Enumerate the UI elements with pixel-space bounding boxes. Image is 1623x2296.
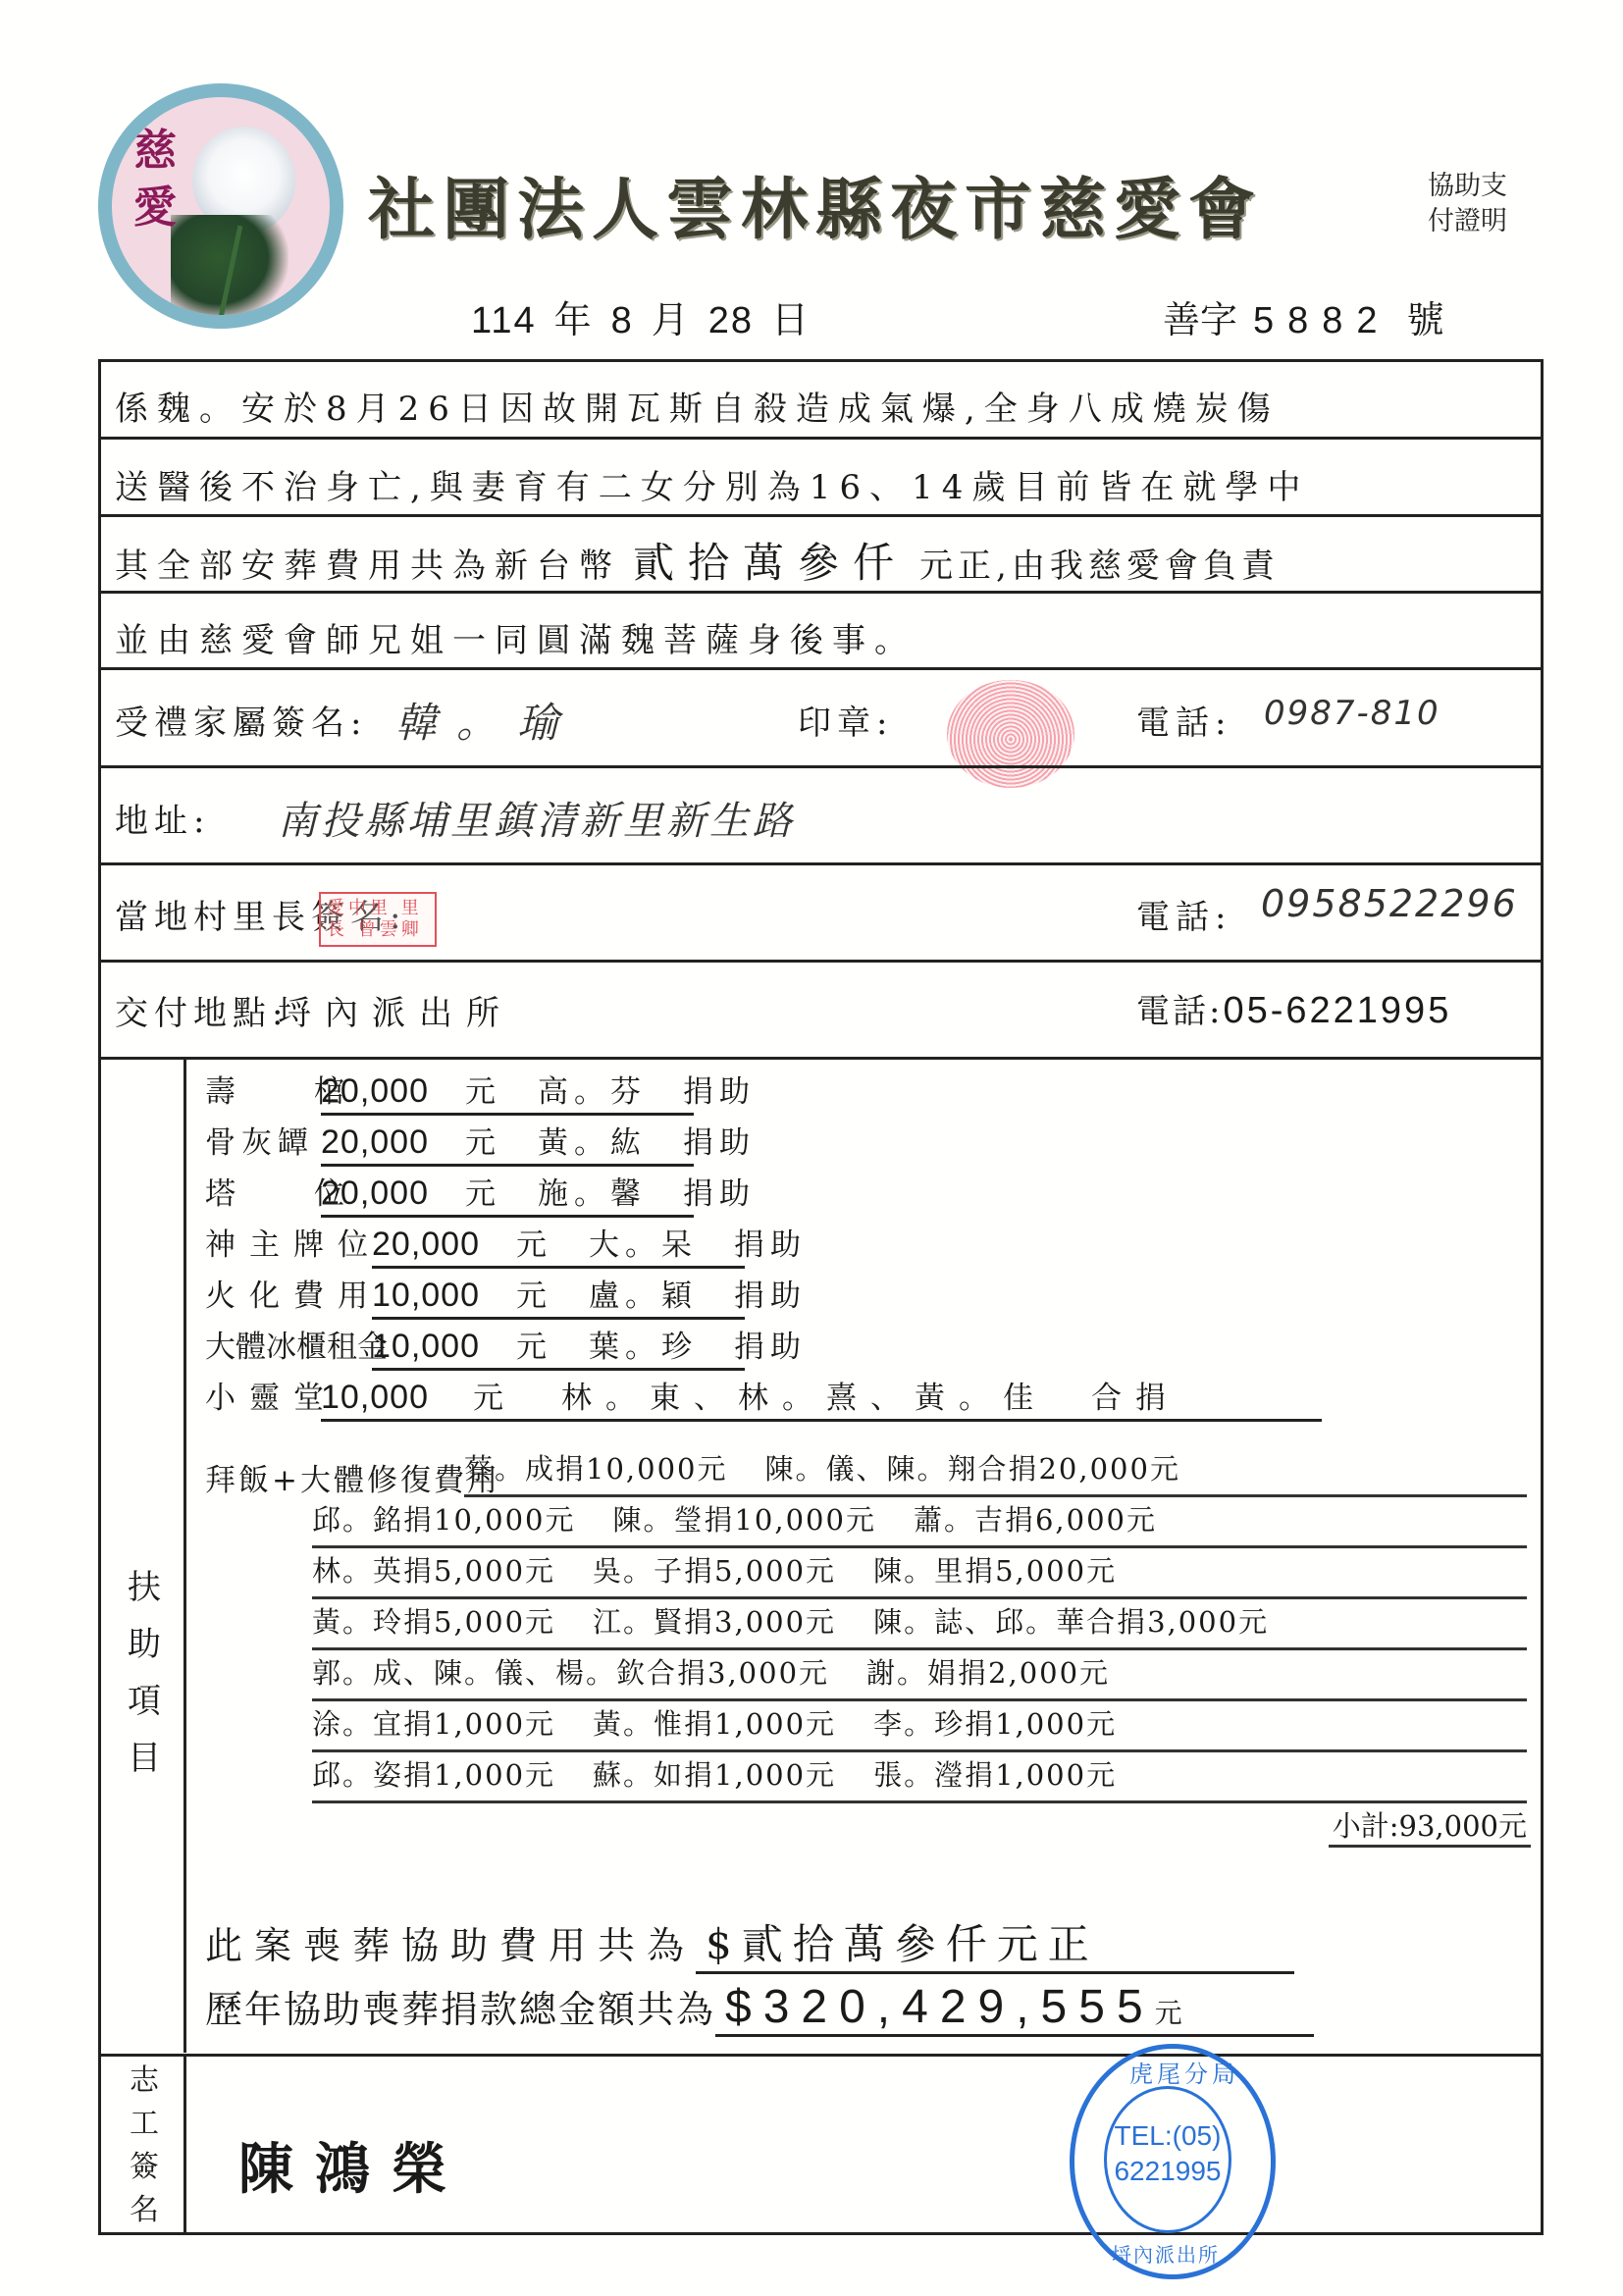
police-station-stamp: 虎尾分局 TEL:(05) 6221995 埒內派出所 (1070, 2044, 1276, 2279)
logo-background: 慈 愛 (112, 97, 330, 315)
item-label: 大體冰櫃租金 (205, 1322, 372, 1366)
assistance-item: 壽 棺20,000 元 高。芬 捐助 (132, 1067, 694, 1116)
donor-entry: 陳。瑩捐10,000元 (612, 1497, 875, 1542)
donor-entry: 陳。儀、陳。翔合捐20,000元 (764, 1446, 1179, 1491)
item-label: 壽 棺 (205, 1067, 321, 1111)
item-amount: 20,000 (321, 1072, 429, 1110)
serial-prefix: 善字 (1163, 298, 1237, 341)
narrative-line-4: 並由慈愛會師兄姐一同圓滿魏菩薩身後事。 (115, 613, 916, 661)
address-value[interactable]: 南投縣埔里鎮清新里新生路 (278, 790, 796, 846)
donor-entry: 謝。娟捐2,000元 (866, 1650, 1110, 1696)
label-char: 工 (115, 2103, 174, 2146)
family-signature[interactable]: 韓。瑜 (395, 691, 578, 750)
assistance-section-label: 扶 助 項 目 (115, 1559, 174, 1787)
label-char: 志 (115, 2060, 174, 2103)
item-unit: 元 (516, 1227, 552, 1263)
item-action: 捐助 (683, 1074, 756, 1110)
delivery-label: 交付地點: (115, 986, 288, 1034)
date-month: 8 (611, 300, 634, 341)
family-phone[interactable]: 0987-810 (1264, 694, 1440, 733)
item-action: 捐助 (683, 1176, 756, 1212)
cumulative-total-label: 歷年協助喪葬捐款總金額共為 (205, 1988, 715, 2031)
item-label: 小靈堂 (205, 1373, 321, 1417)
label-char: 扶 (115, 1559, 174, 1616)
item-unit: 元 (473, 1381, 517, 1416)
date-day: 28 (708, 300, 754, 341)
donor-entry: 蘇。如捐1,000元 (593, 1752, 836, 1798)
logo-char-2: 愛 (133, 172, 177, 235)
donor-entry: 江。賢捐3,000元 (593, 1599, 836, 1644)
document-type-line2: 付證明 (1428, 204, 1545, 239)
divider (101, 514, 1541, 517)
item-amount: 10,000 (321, 1379, 429, 1416)
label-char: 助 (115, 1616, 174, 1673)
serial-number: 善字5882號 (1163, 289, 1444, 343)
divider (101, 591, 1541, 594)
cumulative-total-unit: 元 (1155, 1997, 1192, 2029)
section-divider (183, 2054, 186, 2232)
item-detail: 10,000 元 林。東、林。熹、黃。佳 合捐 (321, 1373, 1322, 1422)
label-char: 項 (115, 1673, 174, 1730)
village-chief-stamp: 愛中里 里長 曾雲卿 (319, 892, 437, 947)
item-action: 合捐 (1091, 1381, 1179, 1416)
stamp-tel-line1: TEL:(05) (1107, 2118, 1229, 2154)
item-unit: 元 (465, 1176, 501, 1212)
donor-row: 邱。姿捐1,000元蘇。如捐1,000元張。瀅捐1,000元 (312, 1752, 1527, 1803)
family-phone-label: 電話: (1136, 696, 1231, 744)
label-char: 目 (115, 1730, 174, 1787)
assistance-item: 塔 位20,000 元 施。馨 捐助 (132, 1169, 694, 1218)
family-signature-label: 受禮家屬簽名: (115, 696, 367, 744)
item-detail: 10,000 元 葉。珍 捐助 (372, 1322, 745, 1371)
divider (101, 765, 1541, 768)
donor-entry: 陳。誌、邱。華合捐3,000元 (873, 1599, 1269, 1644)
donor-entry: 黃。惟捐1,000元 (593, 1701, 836, 1747)
date-year: 114 (471, 300, 537, 341)
label-char: 名 (115, 2189, 174, 2232)
document-type-line1: 協助支 (1428, 169, 1545, 204)
item-unit: 元 (516, 1278, 552, 1314)
item-amount: 10,000 (372, 1277, 480, 1314)
item-detail: 20,000 元 高。芬 捐助 (321, 1067, 694, 1116)
funeral-amount-words: 貳拾萬參仟 (633, 539, 908, 587)
stamp-ring-bottom: 埒內派出所 (1112, 2239, 1220, 2268)
village-chief-phone-label: 電話: (1136, 890, 1231, 938)
donor-entry: 張。瀅捐1,000元 (873, 1752, 1117, 1798)
donor-entry: 邱。姿捐1,000元 (312, 1752, 555, 1798)
item-amount: 20,000 (321, 1174, 429, 1212)
divider (101, 437, 1541, 440)
assistance-item: 小靈堂10,000 元 林。東、林。熹、黃。佳 合捐 (132, 1373, 1322, 1422)
donor-entry: 陳。里捐5,000元 (873, 1548, 1117, 1593)
donor-row: 涂。宜捐1,000元黃。惟捐1,000元李。珍捐1,000元 (312, 1701, 1527, 1752)
item-unit: 元 (465, 1074, 501, 1110)
delivery-phone: 電話:05-6221995 (1136, 984, 1451, 1032)
donor-entry: 李。珍捐1,000元 (873, 1701, 1117, 1747)
item-unit: 元 (516, 1330, 552, 1365)
item-donor: 林。東、林。熹、黃。佳 (561, 1381, 1047, 1416)
assistance-item: 大體冰櫃租金10,000 元 葉。珍 捐助 (132, 1322, 745, 1371)
donor-entry: 林。英捐5,000元 (312, 1548, 555, 1593)
donor-entry: 黃。玲捐5,000元 (312, 1599, 555, 1644)
item-donor: 葉。珍 (589, 1330, 698, 1365)
item-label: 塔 位 (205, 1169, 321, 1213)
stamp-tel-line2: 6221995 (1107, 2154, 1229, 2189)
item-detail: 20,000 元 施。馨 捐助 (321, 1169, 694, 1218)
form-frame: 係魏。安於8月26日因故開瓦斯自殺造成氣爆,全身八成燒炭傷 送醫後不治身亡,與妻… (98, 359, 1544, 2235)
donor-row: 黃。玲捐5,000元江。賢捐3,000元陳。誌、邱。華合捐3,000元 (312, 1599, 1527, 1650)
case-total: 此案喪葬協助費用共為$貳拾萬參仟元正 (205, 1912, 1294, 1974)
item-action: 捐助 (683, 1125, 756, 1161)
issue-date: 114年8月28日 (471, 289, 828, 343)
logo-char-1: 慈 (133, 115, 177, 178)
divider (101, 1057, 1541, 1060)
serial-suffix: 號 (1407, 298, 1444, 341)
serial-value: 5882 (1253, 300, 1391, 341)
narrative-line-1: 係魏。安於8月26日因故開瓦斯自殺造成氣爆,全身八成燒炭傷 (115, 382, 1280, 430)
narrative-line-2: 送醫後不治身亡,與妻育有二女分別為16、14歲目前皆在就學中 (115, 460, 1309, 508)
item-unit: 元 (465, 1125, 501, 1161)
divider (101, 862, 1541, 865)
volunteer-name: 陳鴻榮 (238, 2126, 468, 2205)
organization-name: 社團法人雲林縣夜市慈愛會 (368, 157, 1263, 252)
cumulative-total-value-wrap: $320,429,555元 (715, 1980, 1314, 2037)
document-type: 協助支 付證明 (1428, 169, 1545, 239)
donor-entry: 蔡。成捐10,000元 (464, 1446, 727, 1491)
extra-assistance-label: 拜飯+大體修復費用 (205, 1455, 500, 1499)
donor-entry: 涂。宜捐1,000元 (312, 1701, 555, 1747)
item-amount: 20,000 (372, 1226, 480, 1263)
item-detail: 20,000 元 黃。紘 捐助 (321, 1118, 694, 1167)
divider (101, 960, 1541, 963)
item-donor: 大。呆 (589, 1227, 698, 1263)
donor-entry: 吳。子捐5,000元 (593, 1548, 836, 1593)
seal-label: 印章: (798, 696, 893, 744)
narrative-line-3-suffix: 元正,由我慈愛會負責 (919, 547, 1280, 586)
delivery-place: 埒內派出所 (278, 986, 513, 1034)
donor-entry: 郭。成、陳。儀、楊。欽合捐3,000元 (312, 1650, 829, 1696)
item-label: 火化費用 (205, 1271, 372, 1315)
item-amount: 20,000 (321, 1123, 429, 1161)
cumulative-total-value: $320,429,555 (725, 1981, 1155, 2033)
cumulative-total: 歷年協助喪葬捐款總金額共為$320,429,555元 (205, 1979, 1314, 2037)
item-action: 捐助 (734, 1278, 807, 1314)
assistance-item: 骨灰罈20,000 元 黃。紘 捐助 (132, 1118, 694, 1167)
stamp-center: TEL:(05) 6221995 (1104, 2086, 1231, 2233)
donor-row: 邱。銘捐10,000元陳。瑩捐10,000元蕭。吉捐6,000元 (312, 1497, 1527, 1548)
item-detail: 20,000 元 大。呆 捐助 (372, 1220, 745, 1269)
donor-row: 林。英捐5,000元吳。子捐5,000元陳。里捐5,000元 (312, 1548, 1527, 1599)
delivery-phone-label: 電話: (1136, 992, 1223, 1031)
delivery-phone-value: 05-6221995 (1223, 990, 1451, 1031)
village-chief-phone[interactable]: 0958522296 (1261, 882, 1518, 925)
donor-entry: 蕭。吉捐6,000元 (914, 1497, 1157, 1542)
item-label: 神主牌位 (205, 1220, 372, 1264)
item-donor: 施。馨 (538, 1176, 647, 1212)
address-label: 地址: (115, 794, 210, 842)
label-char: 簽 (115, 2146, 174, 2189)
date-month-unit: 月 (652, 300, 691, 341)
item-label: 骨灰罈 (205, 1118, 321, 1162)
item-donor: 高。芬 (538, 1074, 647, 1110)
narrative-line-3: 其全部安葬費用共為新台幣貳拾萬參仟元正,由我慈愛會負責 (115, 531, 1280, 590)
fingerprint-seal (947, 680, 1074, 788)
donor-subtotal: 小計:93,000元 (1329, 1804, 1531, 1848)
item-action: 捐助 (734, 1227, 807, 1263)
item-detail: 10,000 元 盧。穎 捐助 (372, 1271, 745, 1320)
case-total-label: 此案喪葬協助費用共為 (205, 1924, 696, 1967)
divider (101, 2054, 1541, 2057)
date-day-unit: 日 (771, 300, 811, 341)
item-action: 捐助 (734, 1330, 807, 1365)
donor-row: 蔡。成捐10,000元陳。儀、陳。翔合捐20,000元 (464, 1446, 1527, 1497)
stamp-ring-top: 虎尾分局 (1129, 2055, 1239, 2089)
divider (101, 667, 1541, 670)
item-donor: 黃。紘 (538, 1125, 647, 1161)
donor-entry: 邱。銘捐10,000元 (312, 1497, 575, 1542)
item-donor: 盧。穎 (589, 1278, 698, 1314)
narrative-line-3-prefix: 其全部安葬費用共為新台幣 (115, 547, 621, 586)
donor-row: 郭。成、陳。儀、楊。欽合捐3,000元謝。娟捐2,000元 (312, 1650, 1527, 1701)
date-year-unit: 年 (554, 300, 594, 341)
volunteer-label: 志 工 簽 名 (115, 2060, 174, 2232)
assistance-item: 神主牌位20,000 元 大。呆 捐助 (132, 1220, 745, 1269)
item-amount: 10,000 (372, 1328, 480, 1365)
organization-logo: 慈 愛 (98, 83, 343, 329)
case-total-value: $貳拾萬參仟元正 (696, 1912, 1294, 1974)
assistance-item: 火化費用10,000 元 盧。穎 捐助 (132, 1271, 745, 1320)
